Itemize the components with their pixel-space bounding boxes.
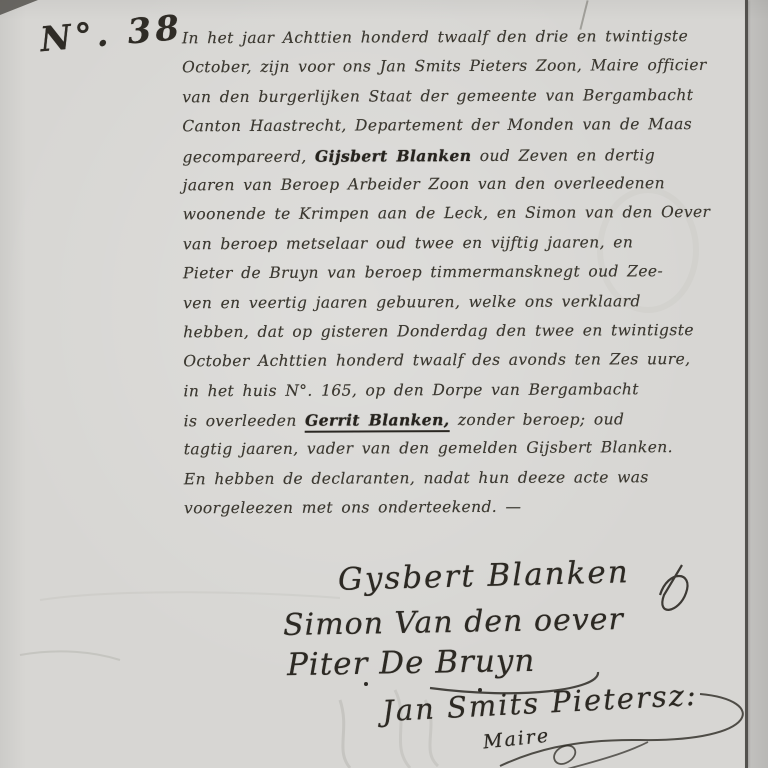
- manuscript-line: October, zijn voor ons Jan Smits Pieters…: [182, 51, 757, 83]
- manuscript-line: voorgeleezen met ons onderteekend. —: [184, 492, 759, 524]
- manuscript-line: En hebben de declaranten, nadat hun deez…: [184, 463, 759, 495]
- scan-corner-shadow: [0, 0, 38, 15]
- manuscript-line: is overleeden Gerrit Blanken, zonder ber…: [184, 404, 759, 436]
- manuscript-line: In het jaar Achttien honderd twaalf den …: [182, 22, 757, 54]
- signature-simon-van-den-oever: Simon Van den oever: [283, 602, 624, 643]
- ink-dot: [364, 682, 368, 686]
- manuscript-line: woonende te Krimpen aan de Leck, en Simo…: [183, 198, 758, 230]
- manuscript-line: in het huis N°. 165, op den Dorpe van Be…: [183, 374, 758, 406]
- manuscript-line: October Achttien honderd twaalf des avon…: [183, 345, 758, 377]
- manuscript-line: ven en veertig jaaren gebuuren, welke on…: [183, 286, 758, 318]
- manuscript-line: Pieter de Bruyn van beroep timmermanskne…: [183, 257, 758, 289]
- signature-title-maire: Maire: [482, 725, 551, 754]
- manuscript-line: van den burgerlijken Staat der gemeente …: [182, 81, 757, 113]
- manuscript-line: Canton Haastrecht, Departement der Monde…: [182, 110, 757, 142]
- manuscript-line: gecompareerd, Gijsbert Blanken oud Zeven…: [182, 139, 757, 171]
- manuscript-line: tagtig jaaren, vader van den gemelden Gi…: [184, 433, 759, 465]
- manuscript-line: van beroep metselaar oud twee en vijftig…: [183, 227, 758, 259]
- manuscript-line: jaaren van Beroep Arbeider Zoon van den …: [183, 169, 758, 201]
- scanned-document-page: N°. 38 In het jaar Achttien honderd twaa…: [0, 0, 768, 768]
- signature-pieter-de-bruyn: Piter De Bruyn: [287, 643, 536, 683]
- signature-gysbert-blanken: Gysbert Blanken: [338, 554, 631, 598]
- manuscript-body: In het jaar Achttien honderd twaalf den …: [182, 22, 759, 524]
- manuscript-line: hebben, dat op gisteren Donderdag den tw…: [183, 316, 758, 348]
- act-number: N°. 38: [39, 8, 185, 60]
- signature-jan-smits-pietersz: Jan Smits Pietersz:: [381, 678, 698, 728]
